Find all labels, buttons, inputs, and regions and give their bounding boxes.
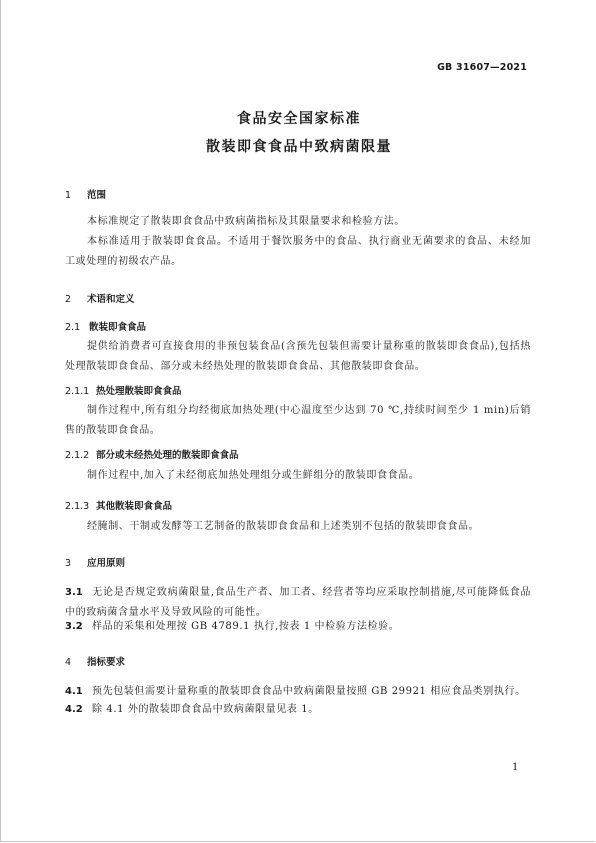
subsection-2-1-2-heading: 2.1.2部分或未经热处理的散装即食食品 xyxy=(65,447,239,461)
subsection-number: 2.1.2 xyxy=(65,450,96,461)
subsection-2-1-1-heading: 2.1.1热处理散装即食食品 xyxy=(65,383,182,397)
subsection-title: 其他散装即食食品 xyxy=(96,501,172,512)
subsection-number: 2.1.3 xyxy=(65,501,96,512)
clause-number: 4.2 xyxy=(65,700,92,720)
clause-text: 除 4.1 外的散装即食食品中致病菌限量见表 1。 xyxy=(92,704,319,715)
paragraph: 本标准适用于散装即食食品。不适用于餐饮服务中的食品、执行商业无菌要求的食品、未经… xyxy=(65,232,531,271)
section-1-heading: 1范围 xyxy=(65,187,106,201)
subsection-number: 2.1.1 xyxy=(65,386,96,397)
paragraph: 本标准规定了散装即食食品中致病菌指标及其限量要求和检验方法。 xyxy=(65,212,531,232)
paragraph: 经腌制、干制或发酵等工艺制备的散装即食食品和上述类别不包括的散装即食食品。 xyxy=(65,517,531,537)
section-title: 术语和定义 xyxy=(87,294,135,305)
section-2-heading: 2术语和定义 xyxy=(65,291,135,305)
subsection-title: 散装即食食品 xyxy=(89,322,146,333)
section-number: 2 xyxy=(65,294,87,305)
subsection-number: 2.1 xyxy=(65,322,89,333)
document-title-line1: 食品安全国家标准 xyxy=(1,108,596,128)
section-number: 3 xyxy=(65,558,87,569)
paragraph: 制作过程中,所有组分均经彻底加热处理(中心温度至少达到 70 ℃,持续时间至少 … xyxy=(65,401,531,440)
clause-number: 4.1 xyxy=(65,682,92,702)
subsection-2-1-heading: 2.1散装即食食品 xyxy=(65,319,146,333)
clause-number: 3.1 xyxy=(65,583,92,603)
clause-number: 3.2 xyxy=(65,617,92,637)
standard-code: GB 31607—2021 xyxy=(437,62,527,73)
paragraph: 制作过程中,加入了未经彻底加热处理组分或生鲜组分的散装即食食品。 xyxy=(65,466,531,486)
section-title: 应用原则 xyxy=(87,558,125,569)
document-title-line2: 散装即食食品中致病菌限量 xyxy=(1,136,596,156)
subsection-title: 部分或未经热处理的散装即食食品 xyxy=(96,450,239,461)
paragraph: 提供给消费者可直接食用的非预包装食品(含预先包装但需要计量称重的散装即食食品),… xyxy=(65,337,531,376)
page-number: 1 xyxy=(512,762,518,773)
clause-3-2: 3.2样品的采集和处理按 GB 4789.1 执行,按表 1 中检验方法检验。 xyxy=(65,617,531,637)
clause-text: 预先包装但需要计量称重的散装即食食品中致病菌限量按照 GB 29921 相应食品… xyxy=(92,686,526,697)
subsection-title: 热处理散装即食食品 xyxy=(96,386,182,397)
section-number: 1 xyxy=(65,190,87,201)
clause-text: 无论是否规定致病菌限量,食品生产者、加工者、经营者等均应采取控制措施,尽可能降低… xyxy=(65,587,531,618)
section-number: 4 xyxy=(65,657,87,668)
document-page: GB 31607—2021 食品安全国家标准 散装即食食品中致病菌限量 1范围 … xyxy=(0,0,595,842)
clause-4-1: 4.1预先包装但需要计量称重的散装即食食品中致病菌限量按照 GB 29921 相… xyxy=(65,682,531,702)
section-title: 指标要求 xyxy=(87,657,125,668)
subsection-2-1-3-heading: 2.1.3其他散装即食食品 xyxy=(65,498,172,512)
clause-text: 样品的采集和处理按 GB 4789.1 执行,按表 1 中检验方法检验。 xyxy=(92,621,399,632)
section-4-heading: 4指标要求 xyxy=(65,654,125,668)
section-title: 范围 xyxy=(87,190,106,201)
section-3-heading: 3应用原则 xyxy=(65,555,125,569)
clause-4-2: 4.2除 4.1 外的散装即食食品中致病菌限量见表 1。 xyxy=(65,700,531,720)
